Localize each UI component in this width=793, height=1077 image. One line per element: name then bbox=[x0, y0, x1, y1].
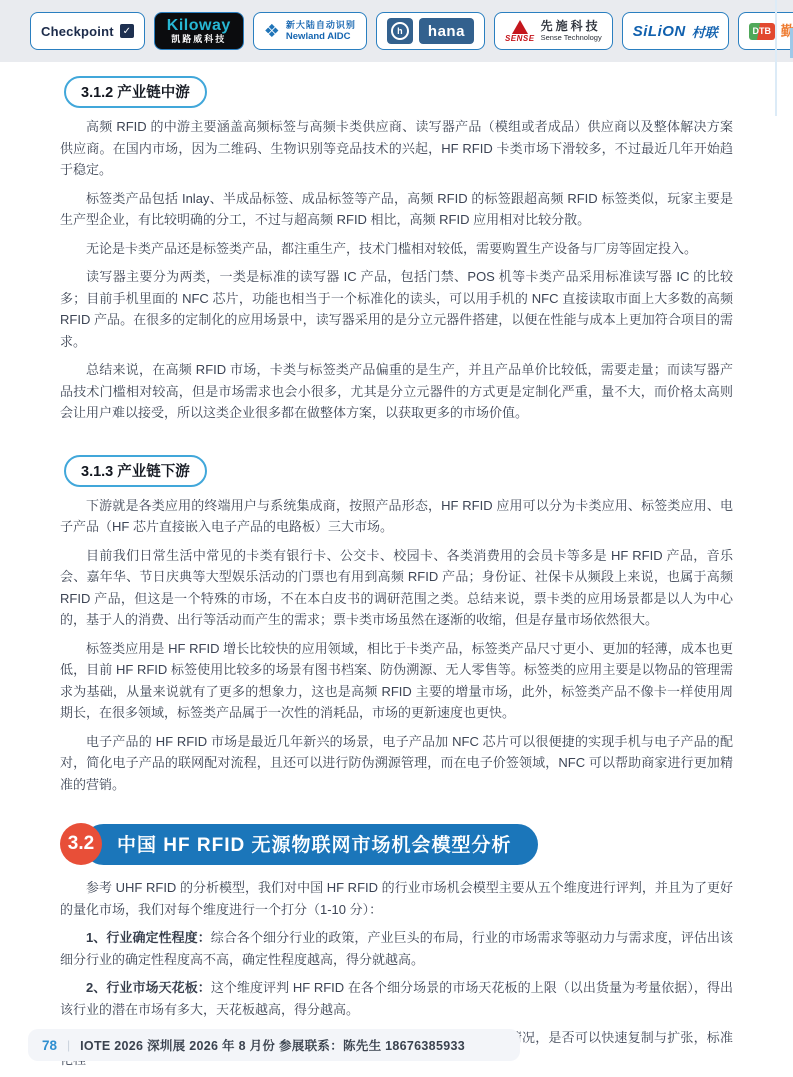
paragraph-312-2: 标签类产品包括 Inlay、半成品标签、成品标签等产品，高频 RFID 的标签跟… bbox=[60, 188, 733, 231]
section-heading-312: 3.1.2 产业链中游 bbox=[64, 76, 207, 108]
paragraph-312-5: 总结来说，在高频 RFID 市场，卡类与标签类产品偏重的是生产，并且产品单价比较… bbox=[60, 359, 733, 424]
model-item-2: 2、行业市场天花板：这个维度评判 HF RFID 在各个细分场景的市场天花板的上… bbox=[60, 977, 733, 1020]
section-banner-32: 3.2 中国 HF RFID 无源物联网市场机会模型分析 bbox=[60, 823, 733, 865]
paragraph-313-3: 标签类应用是 HF RFID 增长比较快的应用领域，相比于卡类产品，标签类产品尺… bbox=[60, 638, 733, 724]
footer-divider: | bbox=[67, 1038, 70, 1052]
checkpoint-check-icon: ✓ bbox=[120, 24, 134, 38]
logo-dtb-qinye: DTB 勤业物联 bbox=[738, 12, 793, 50]
paragraph-313-1: 下游就是各类应用的终端用户与系统集成商，按照产品形态，HF RFID 应用可以分… bbox=[60, 495, 733, 538]
sense-chinese-name: 先施科技 bbox=[541, 20, 602, 33]
logo-hana: h hana bbox=[376, 12, 485, 50]
model-item-1-label: 1、行业确定性程度： bbox=[86, 930, 211, 945]
logo-kiloway: Kiloway 凯路威科技 bbox=[154, 12, 244, 50]
logo-newland-aidc: ❖ 新大陆自动识别 Newland AIDC bbox=[253, 12, 367, 50]
page-number: 78 bbox=[42, 1038, 57, 1053]
checkpoint-wordmark: Checkpoint bbox=[41, 24, 114, 39]
paragraph-312-4: 读写器主要分为两类，一类是标准的读写器 IC 产品，包括门禁、POS 机等卡类产… bbox=[60, 266, 733, 352]
partner-logo-bar: Checkpoint ✓ Kiloway 凯路威科技 ❖ 新大陆自动识别 New… bbox=[0, 0, 793, 62]
model-item-1: 1、行业确定性程度：综合各个细分行业的政策，产业巨头的布局，行业的市场需求等驱动… bbox=[60, 927, 733, 970]
model-item-2-label: 2、行业市场天花板： bbox=[86, 980, 211, 995]
document-page: Checkpoint ✓ Kiloway 凯路威科技 ❖ 新大陆自动识别 New… bbox=[0, 0, 793, 1077]
page-edge-accent-light bbox=[775, 0, 777, 116]
silion-chinese-name: 村联 bbox=[692, 22, 718, 41]
logo-checkpoint: Checkpoint ✓ bbox=[30, 12, 145, 50]
kiloway-chinese-name: 凯路威科技 bbox=[171, 34, 226, 45]
paragraph-312-1: 高频 RFID 的中游主要涵盖高频标签与高频卡类供应商、读写器产品（模组或者成品… bbox=[60, 116, 733, 181]
paragraph-313-4: 电子产品的 HF RFID 市场是最近几年新兴的场景，电子产品加 NFC 芯片可… bbox=[60, 731, 733, 796]
sense-triangle-icon bbox=[512, 20, 528, 34]
newland-diamond-icon: ❖ bbox=[264, 22, 280, 40]
sense-brand: SENSE bbox=[505, 34, 535, 43]
footer-exhibition-info: IOTE 2026 深圳展 2026 年 8 月份 参展联系：陈先生 18676… bbox=[80, 1036, 465, 1054]
kiloway-wordmark: Kiloway bbox=[167, 18, 231, 34]
paragraph-313-2: 目前我们日常生活中常见的卡类有银行卡、公交卡、校园卡、各类消费用的会员卡等多是 … bbox=[60, 545, 733, 631]
hana-monogram-icon: h bbox=[387, 18, 413, 44]
document-body: 3.1.2 产业链中游 高频 RFID 的中游主要涵盖高频标签与高频卡类供应商、… bbox=[0, 62, 793, 1070]
newland-english-name: Newland AIDC bbox=[286, 31, 356, 42]
hana-wordmark: hana bbox=[419, 23, 474, 40]
silion-wordmark: SiLiON bbox=[633, 23, 686, 40]
sense-english-name: Sense Technology bbox=[541, 33, 602, 42]
newland-chinese-name: 新大陆自动识别 bbox=[286, 20, 356, 31]
section-number-badge: 3.2 bbox=[60, 823, 102, 865]
logo-silion: SiLiON 村联 bbox=[622, 12, 729, 50]
dtb-badge-icon: DTB bbox=[749, 23, 775, 40]
page-footer: 78 | IOTE 2026 深圳展 2026 年 8 月份 参展联系：陈先生 … bbox=[28, 1029, 520, 1061]
logo-sense-technology: SENSE 先施科技 Sense Technology bbox=[494, 12, 613, 50]
paragraph-32-intro: 参考 UHF RFID 的分析模型，我们对中国 HF RFID 的行业市场机会模… bbox=[60, 877, 733, 920]
section-title-32: 中国 HF RFID 无源物联网市场机会模型分析 bbox=[83, 824, 538, 865]
section-heading-313: 3.1.3 产业链下游 bbox=[64, 455, 207, 487]
paragraph-312-3: 无论是卡类产品还是标签类产品，都注重生产，技术门槛相对较低，需要购置生产设备与厂… bbox=[60, 238, 733, 260]
